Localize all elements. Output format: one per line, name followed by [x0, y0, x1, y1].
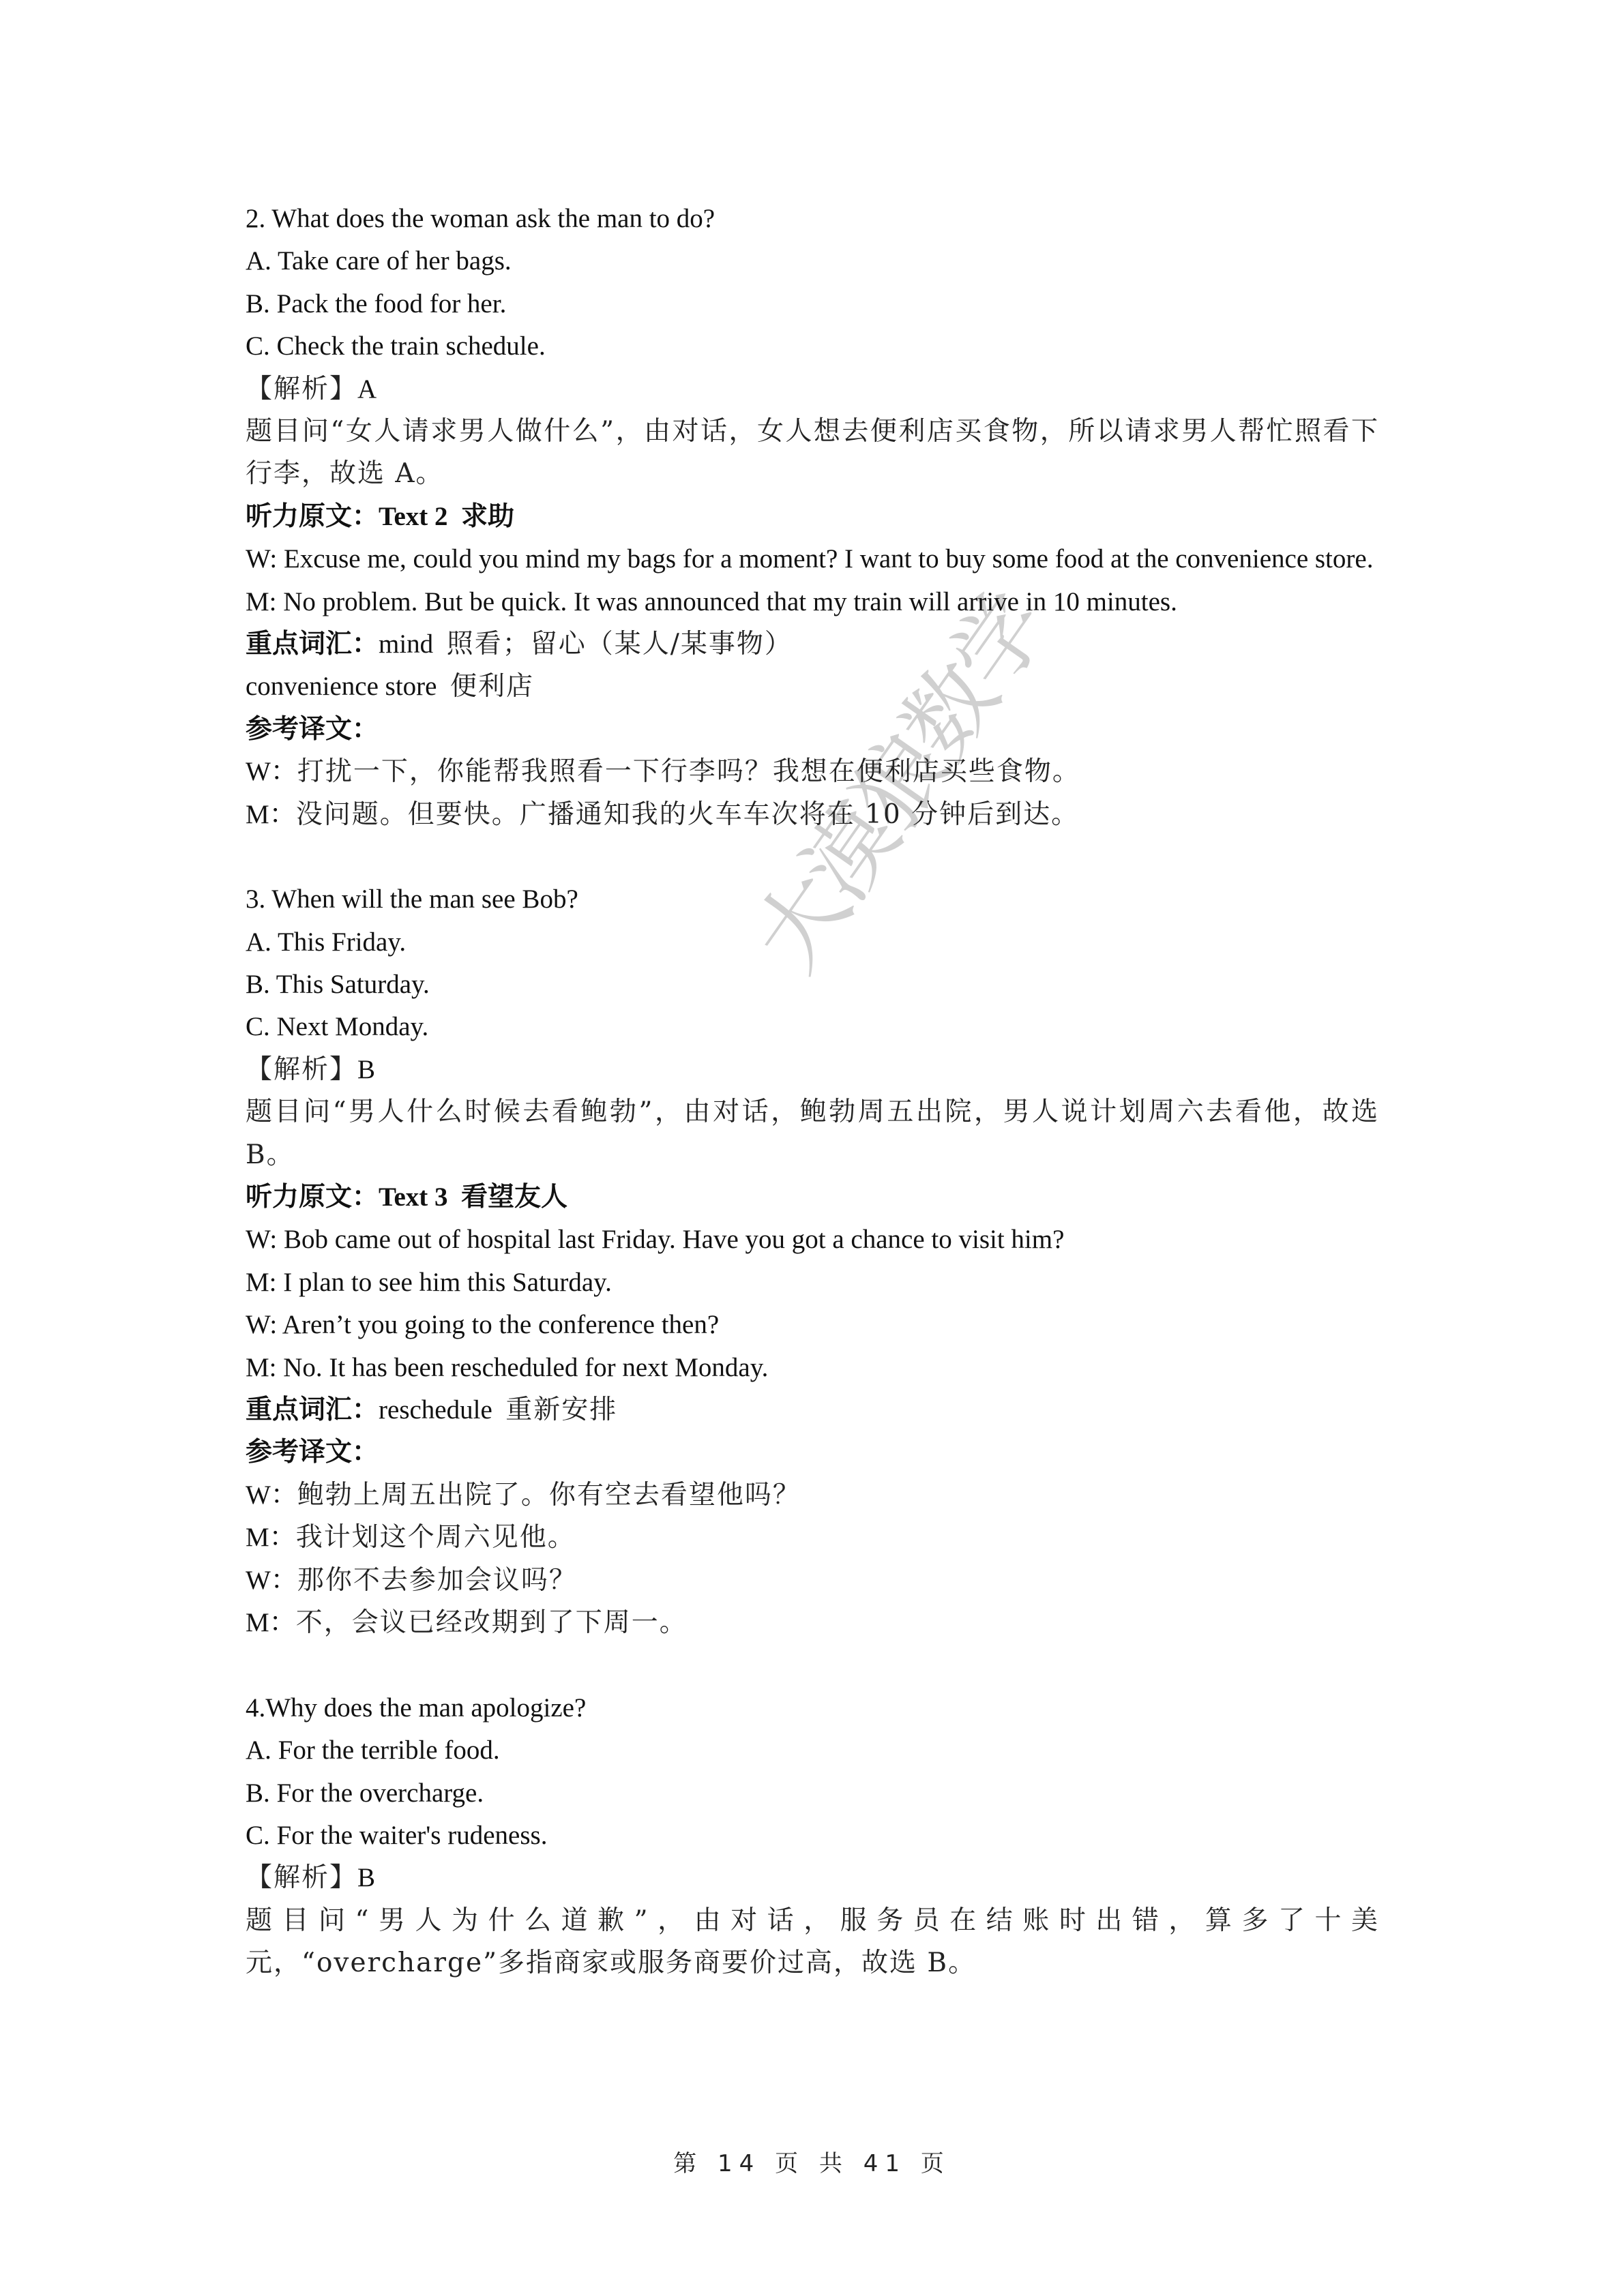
speaker: W： — [246, 1480, 297, 1510]
translation-text: 没问题。但要快。广播通知我的火车车次将在 10 分钟后到达。 — [296, 799, 1079, 830]
translation-line: M：我计划这个周六见他。 — [246, 1517, 1379, 1559]
page-content: 2. What does the woman ask the man to do… — [246, 198, 1379, 1985]
dialogue-line: M: No problem. But be quick. It was anno… — [246, 581, 1379, 623]
transcript-topic: 求助 — [461, 501, 514, 532]
dialogue-line: W: Excuse me, could you mind my bags for… — [246, 538, 1379, 580]
option-b: B. Pack the food for her. — [246, 283, 1379, 325]
speaker: M： — [246, 800, 296, 829]
vocab-label: 重点词汇： — [246, 1395, 379, 1425]
option-a: A. This Friday. — [246, 921, 1379, 964]
transcript-text-number: Text 3 — [379, 1182, 447, 1212]
translation-label: 参考译文： — [246, 709, 1379, 751]
vocab-line: 重点词汇：reschedule 重新安排 — [246, 1389, 1379, 1431]
vocab-term: mind — [379, 629, 433, 659]
option-a: A. Take care of her bags. — [246, 240, 1379, 282]
option-c: C. Check the train schedule. — [246, 325, 1379, 368]
speaker: M： — [246, 1523, 296, 1552]
translation-text: 那你不去参加会议吗？ — [297, 1565, 577, 1596]
analysis-heading: 【解析】B — [246, 1049, 1379, 1091]
translation-line: M：没问题。但要快。广播通知我的火车车次将在 10 分钟后到达。 — [246, 794, 1379, 836]
transcript-label: 听力原文： — [246, 501, 379, 532]
translation-line: W：打扰一下，你能帮我照看一下行李吗？我想在便利店买些食物。 — [246, 751, 1379, 793]
question-2: 2. What does the woman ask the man to do… — [246, 198, 1379, 836]
footer-mid: 页 共 — [775, 2150, 849, 2177]
translation-text: 打扰一下，你能帮我照看一下行李吗？我想在便利店买些食物。 — [297, 756, 1080, 787]
option-c: C. For the waiter's rudeness. — [246, 1815, 1379, 1857]
vocab-label: 重点词汇： — [246, 629, 379, 659]
question-3: 3. When will the man see Bob? A. This Fr… — [246, 878, 1379, 1644]
footer-suffix: 页 — [921, 2150, 951, 2177]
speaker: M： — [246, 1608, 296, 1637]
question-stem: 2. What does the woman ask the man to do… — [246, 198, 1379, 240]
spacer — [246, 1644, 1379, 1686]
option-b: B. For the overcharge. — [246, 1772, 1379, 1815]
translation-line: M：不，会议已经改期到了下周一。 — [246, 1602, 1379, 1644]
analysis-text: 题目问“女人请求男人做什么”，由对话，女人想去便利店买食物，所以请求男人帮忙照看… — [246, 411, 1379, 496]
dialogue-line: W: Aren’t you going to the conference th… — [246, 1304, 1379, 1346]
dialogue-line: M: I plan to see him this Saturday. — [246, 1262, 1379, 1304]
question-4: 4.Why does the man apologize? A. For the… — [246, 1687, 1379, 1985]
transcript-text-number: Text 2 — [379, 502, 447, 531]
option-a: A. For the terrible food. — [246, 1729, 1379, 1772]
transcript-topic: 看望友人 — [461, 1182, 567, 1212]
vocab-meaning: 重新安排 — [505, 1395, 617, 1425]
translation-text: 我计划这个周六见他。 — [296, 1522, 576, 1553]
vocab-term: convenience store — [246, 672, 437, 701]
question-stem: 3. When will the man see Bob? — [246, 878, 1379, 921]
transcript-heading: 听力原文：Text 2 求助 — [246, 496, 1379, 538]
analysis-label: 【解析】 — [246, 1054, 357, 1085]
vocab-meaning: 照看；留心（某人/某事物） — [447, 629, 793, 659]
spacer — [246, 836, 1379, 878]
dialogue-line: M: No. It has been rescheduled for next … — [246, 1347, 1379, 1389]
analysis-heading: 【解析】B — [246, 1857, 1379, 1899]
speaker: W： — [246, 757, 297, 786]
document-page: 大漠狼数学 2. What does the woman ask the man… — [0, 0, 1624, 2296]
option-c: C. Next Monday. — [246, 1006, 1379, 1048]
analysis-heading: 【解析】A — [246, 368, 1379, 411]
translation-label: 参考译文： — [246, 1431, 1379, 1474]
analysis-label: 【解析】 — [246, 1862, 357, 1893]
analysis-label: 【解析】 — [246, 374, 357, 404]
vocab-line: convenience store 便利店 — [246, 666, 1379, 708]
question-stem: 4.Why does the man apologize? — [246, 1687, 1379, 1729]
analysis-text: 题目问“男人什么时候去看鲍勃”，由对话，鲍勃周五出院，男人说计划周六去看他，故选… — [246, 1091, 1379, 1176]
analysis-text: 题目问“男人为什么道歉”，由对话，服务员在结账时出错，算多了十美元，“overc… — [246, 1900, 1379, 1985]
transcript-label: 听力原文： — [246, 1182, 379, 1212]
vocab-line: 重点词汇：mind 照看；留心（某人/某事物） — [246, 623, 1379, 666]
current-page-number: 14 — [718, 2150, 761, 2177]
footer-prefix: 第 — [673, 2150, 703, 2177]
option-b: B. This Saturday. — [246, 964, 1379, 1006]
total-pages-number: 41 — [863, 2150, 906, 2177]
speaker: W： — [246, 1566, 297, 1595]
translation-text: 鲍勃上周五出院了。你有空去看望他吗？ — [297, 1480, 801, 1510]
page-footer: 第 14 页 共 41 页 — [0, 2145, 1624, 2178]
translation-text: 不，会议已经改期到了下周一。 — [296, 1607, 688, 1638]
translation-line: W：鲍勃上周五出院了。你有空去看望他吗？ — [246, 1474, 1379, 1517]
dialogue-line: W: Bob came out of hospital last Friday.… — [246, 1219, 1379, 1261]
transcript-heading: 听力原文：Text 3 看望友人 — [246, 1176, 1379, 1219]
translation-line: W：那你不去参加会议吗？ — [246, 1560, 1379, 1602]
answer: B — [357, 1863, 375, 1892]
vocab-meaning: 便利店 — [450, 671, 534, 702]
answer: B — [357, 1055, 375, 1084]
answer: A — [357, 374, 377, 404]
vocab-term: reschedule — [379, 1395, 492, 1425]
